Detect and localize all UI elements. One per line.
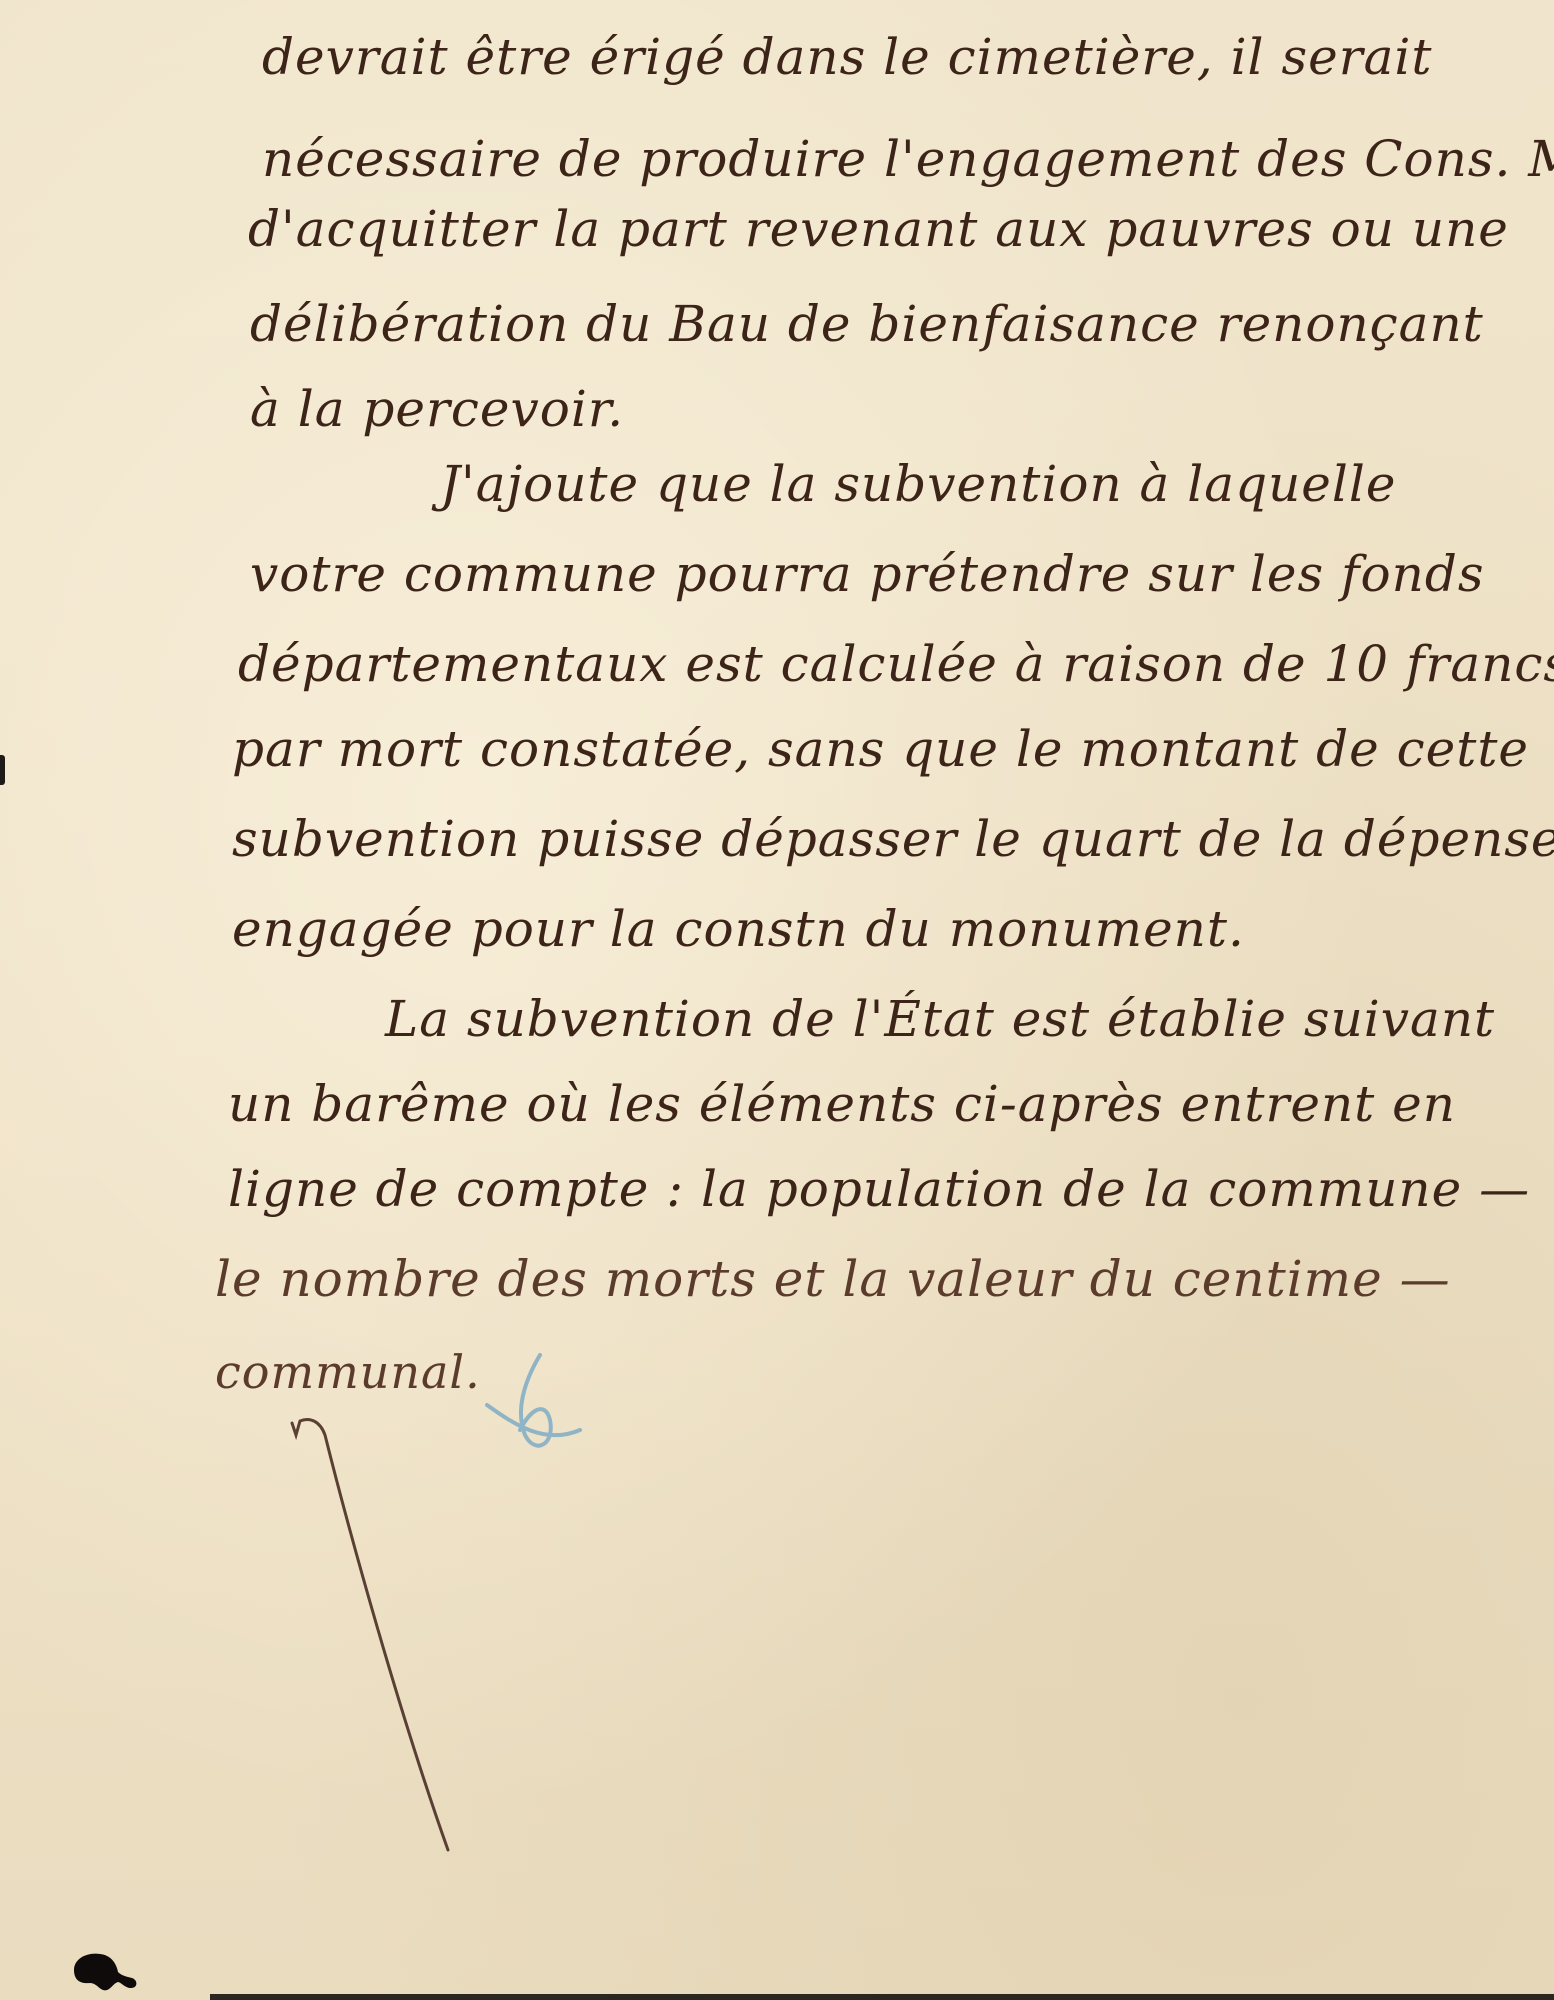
blue-pencil-mark-icon [485, 1350, 595, 1470]
page-edge-mark [0, 755, 5, 785]
text-line-15: le nombre des morts et la valeur du cent… [215, 1250, 1451, 1308]
text-line-13: un barême où les éléments ci-après entre… [228, 1075, 1456, 1133]
text-line-8: départementaux est calculée à raison de … [238, 635, 1554, 693]
text-line-11: engagée pour la constn du monument. [232, 900, 1245, 958]
ink-blot-mark-icon [70, 1950, 140, 1995]
text-line-3: d'acquitter la part revenant aux pauvres… [248, 200, 1509, 258]
pencil-stroke-mark-icon [290, 1415, 470, 1855]
text-line-5: à la percevoir. [250, 380, 624, 438]
text-line-2: nécessaire de produire l'engagement des … [262, 130, 1554, 188]
text-line-7: votre commune pourra prétendre sur les f… [250, 545, 1485, 603]
text-line-6-paragraph-start: J'ajoute que la subvention à laquelle [440, 455, 1396, 513]
text-line-14: ligne de compte : la population de la co… [228, 1160, 1530, 1218]
letter-page: devrait être érigé dans le cimetière, il… [0, 0, 1554, 2000]
text-line-16: communal. [215, 1345, 481, 1399]
text-line-1: devrait être érigé dans le cimetière, il… [262, 28, 1433, 86]
text-line-4: délibération du Bau de bienfaisance reno… [250, 295, 1484, 353]
text-line-9: par mort constatée, sans que le montant … [232, 720, 1529, 778]
text-line-12-paragraph-start: La subvention de l'État est établie suiv… [385, 990, 1495, 1048]
page-bottom-edge [210, 1994, 1554, 2000]
text-line-10: subvention puisse dépasser le quart de l… [232, 810, 1554, 868]
